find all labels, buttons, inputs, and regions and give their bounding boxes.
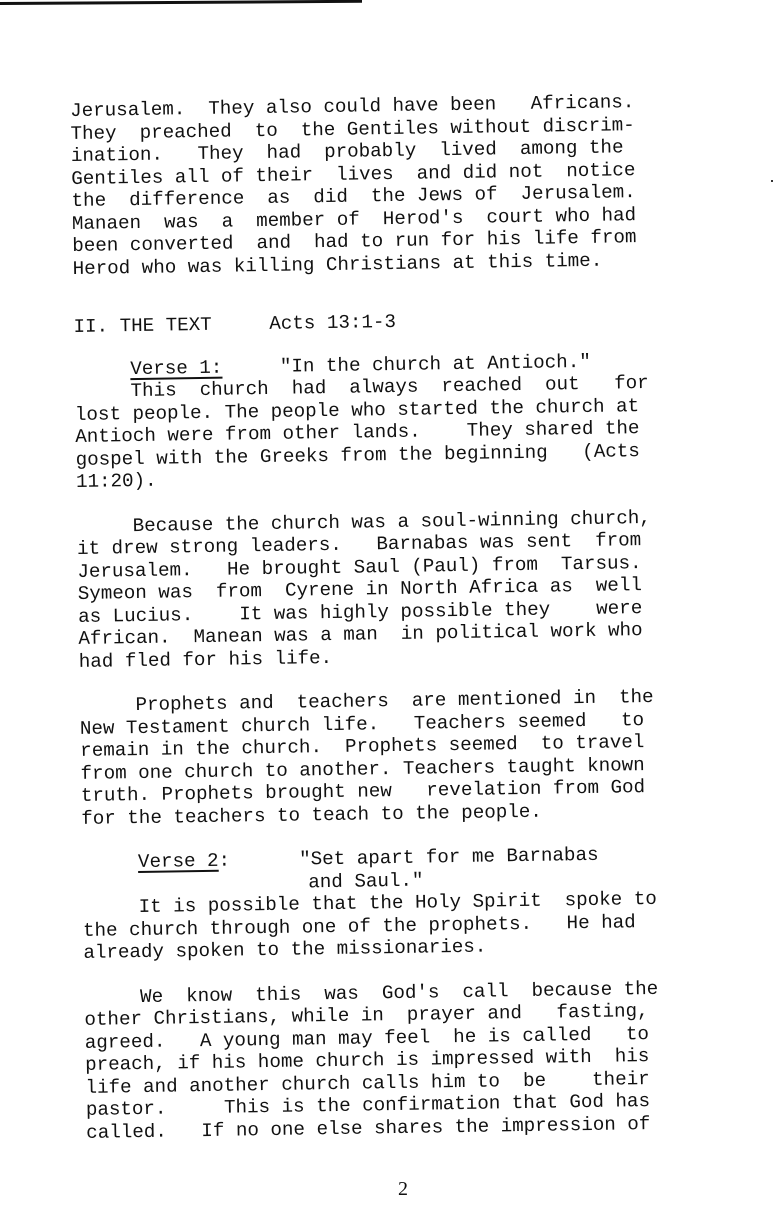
section-number-title: II. THE TEXT [73, 314, 212, 338]
scripture-reference: Acts 13:1-3 [269, 311, 396, 335]
scan-speck [771, 180, 773, 182]
document-page: Jerusalem. They also could have been Afr… [70, 90, 747, 1166]
verse-2-label-colon: : [218, 850, 230, 872]
leaders-paragraph: Because the church was a soul-winning ch… [77, 505, 739, 673]
page-number: 2 [398, 1178, 408, 1200]
top-rule-line [0, 0, 362, 5]
prophets-paragraph: Prophets and teachers are mentioned in t… [79, 685, 741, 830]
verse-2-quote-line-1: "Set apart for me Barnabas [299, 844, 599, 871]
verse-1-block: Verse 1: "In the church at Antioch." Thi… [74, 348, 736, 493]
verse-2-label: Verse 2 [138, 850, 219, 873]
section-heading: II. THE TEXT Acts 13:1-3 [73, 306, 733, 339]
verse-1-label: Verse 1: [130, 356, 222, 379]
intro-paragraph: Jerusalem. They also could have been Afr… [70, 90, 733, 280]
call-paragraph: We know this was God's call because the … [84, 976, 746, 1144]
verse-2-block: Verse 2: "Set apart for me Barnabas and … [82, 842, 744, 965]
